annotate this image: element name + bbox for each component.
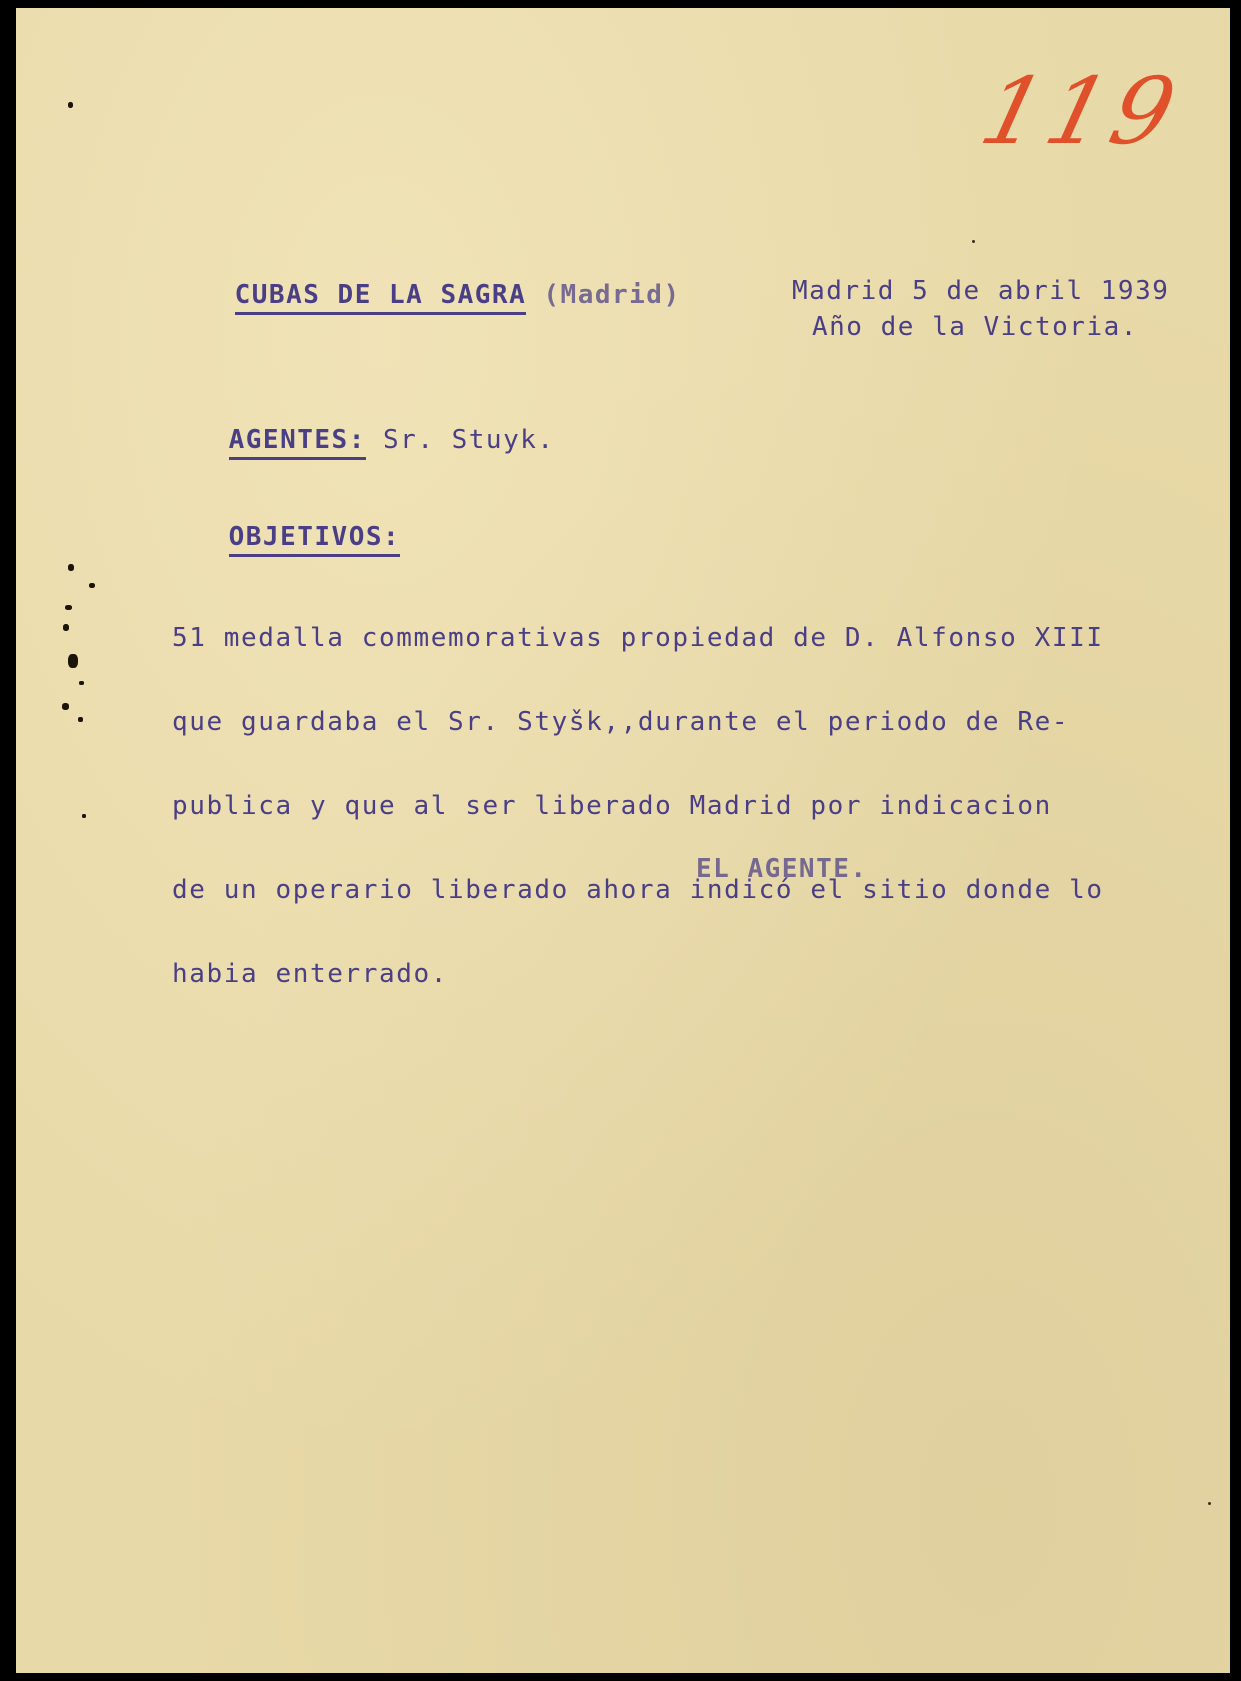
objectives-line: habia enterrado. [172,960,1104,988]
punch-hole [63,624,69,631]
objectives-body: 51 medalla commemorativas propiedad de D… [172,568,1104,1044]
locality-heading: CUBAS DE LA SAGRA (Madrid) [166,256,681,334]
paper-speck [972,240,975,243]
paper-speck [1208,1502,1211,1505]
agents-label: AGENTES: [229,425,366,460]
punch-hole [82,814,86,818]
punch-hole [89,583,95,588]
punch-hole [68,654,78,668]
agents-value: Sr. Stuyk. [383,425,555,455]
province-name: (Madrid) [543,280,680,310]
objectives-line: que guardaba el Sr. Styšk,,durante el pe… [172,708,1104,736]
objectives-line: publica y que al ser liberado Madrid por… [172,792,1104,820]
objectives-label-text: OBJETIVOS: [229,522,401,557]
punch-hole [65,605,72,610]
punch-hole [68,102,73,108]
document-page: 119 CUBAS DE LA SAGRA (Madrid) Madrid 5 … [16,8,1230,1673]
objectives-label: OBJETIVOS: [160,498,400,576]
objectives-line: de un operario liberado ahora indicó el … [172,876,1104,904]
year-line: Año de la Victoria. [812,314,1138,340]
punch-hole [68,564,74,571]
agents-line: AGENTES: Sr. Stuyk. [160,401,555,479]
signature-line: EL AGENTE. [696,856,868,882]
punch-hole [62,703,69,710]
folio-number: 119 [973,66,1190,158]
objectives-line: 51 medalla commemorativas propiedad de D… [172,624,1104,652]
date-line: Madrid 5 de abril 1939 [792,278,1169,304]
punch-hole [79,681,84,685]
punch-hole [78,717,83,722]
locality-name: CUBAS DE LA SAGRA [235,280,527,315]
